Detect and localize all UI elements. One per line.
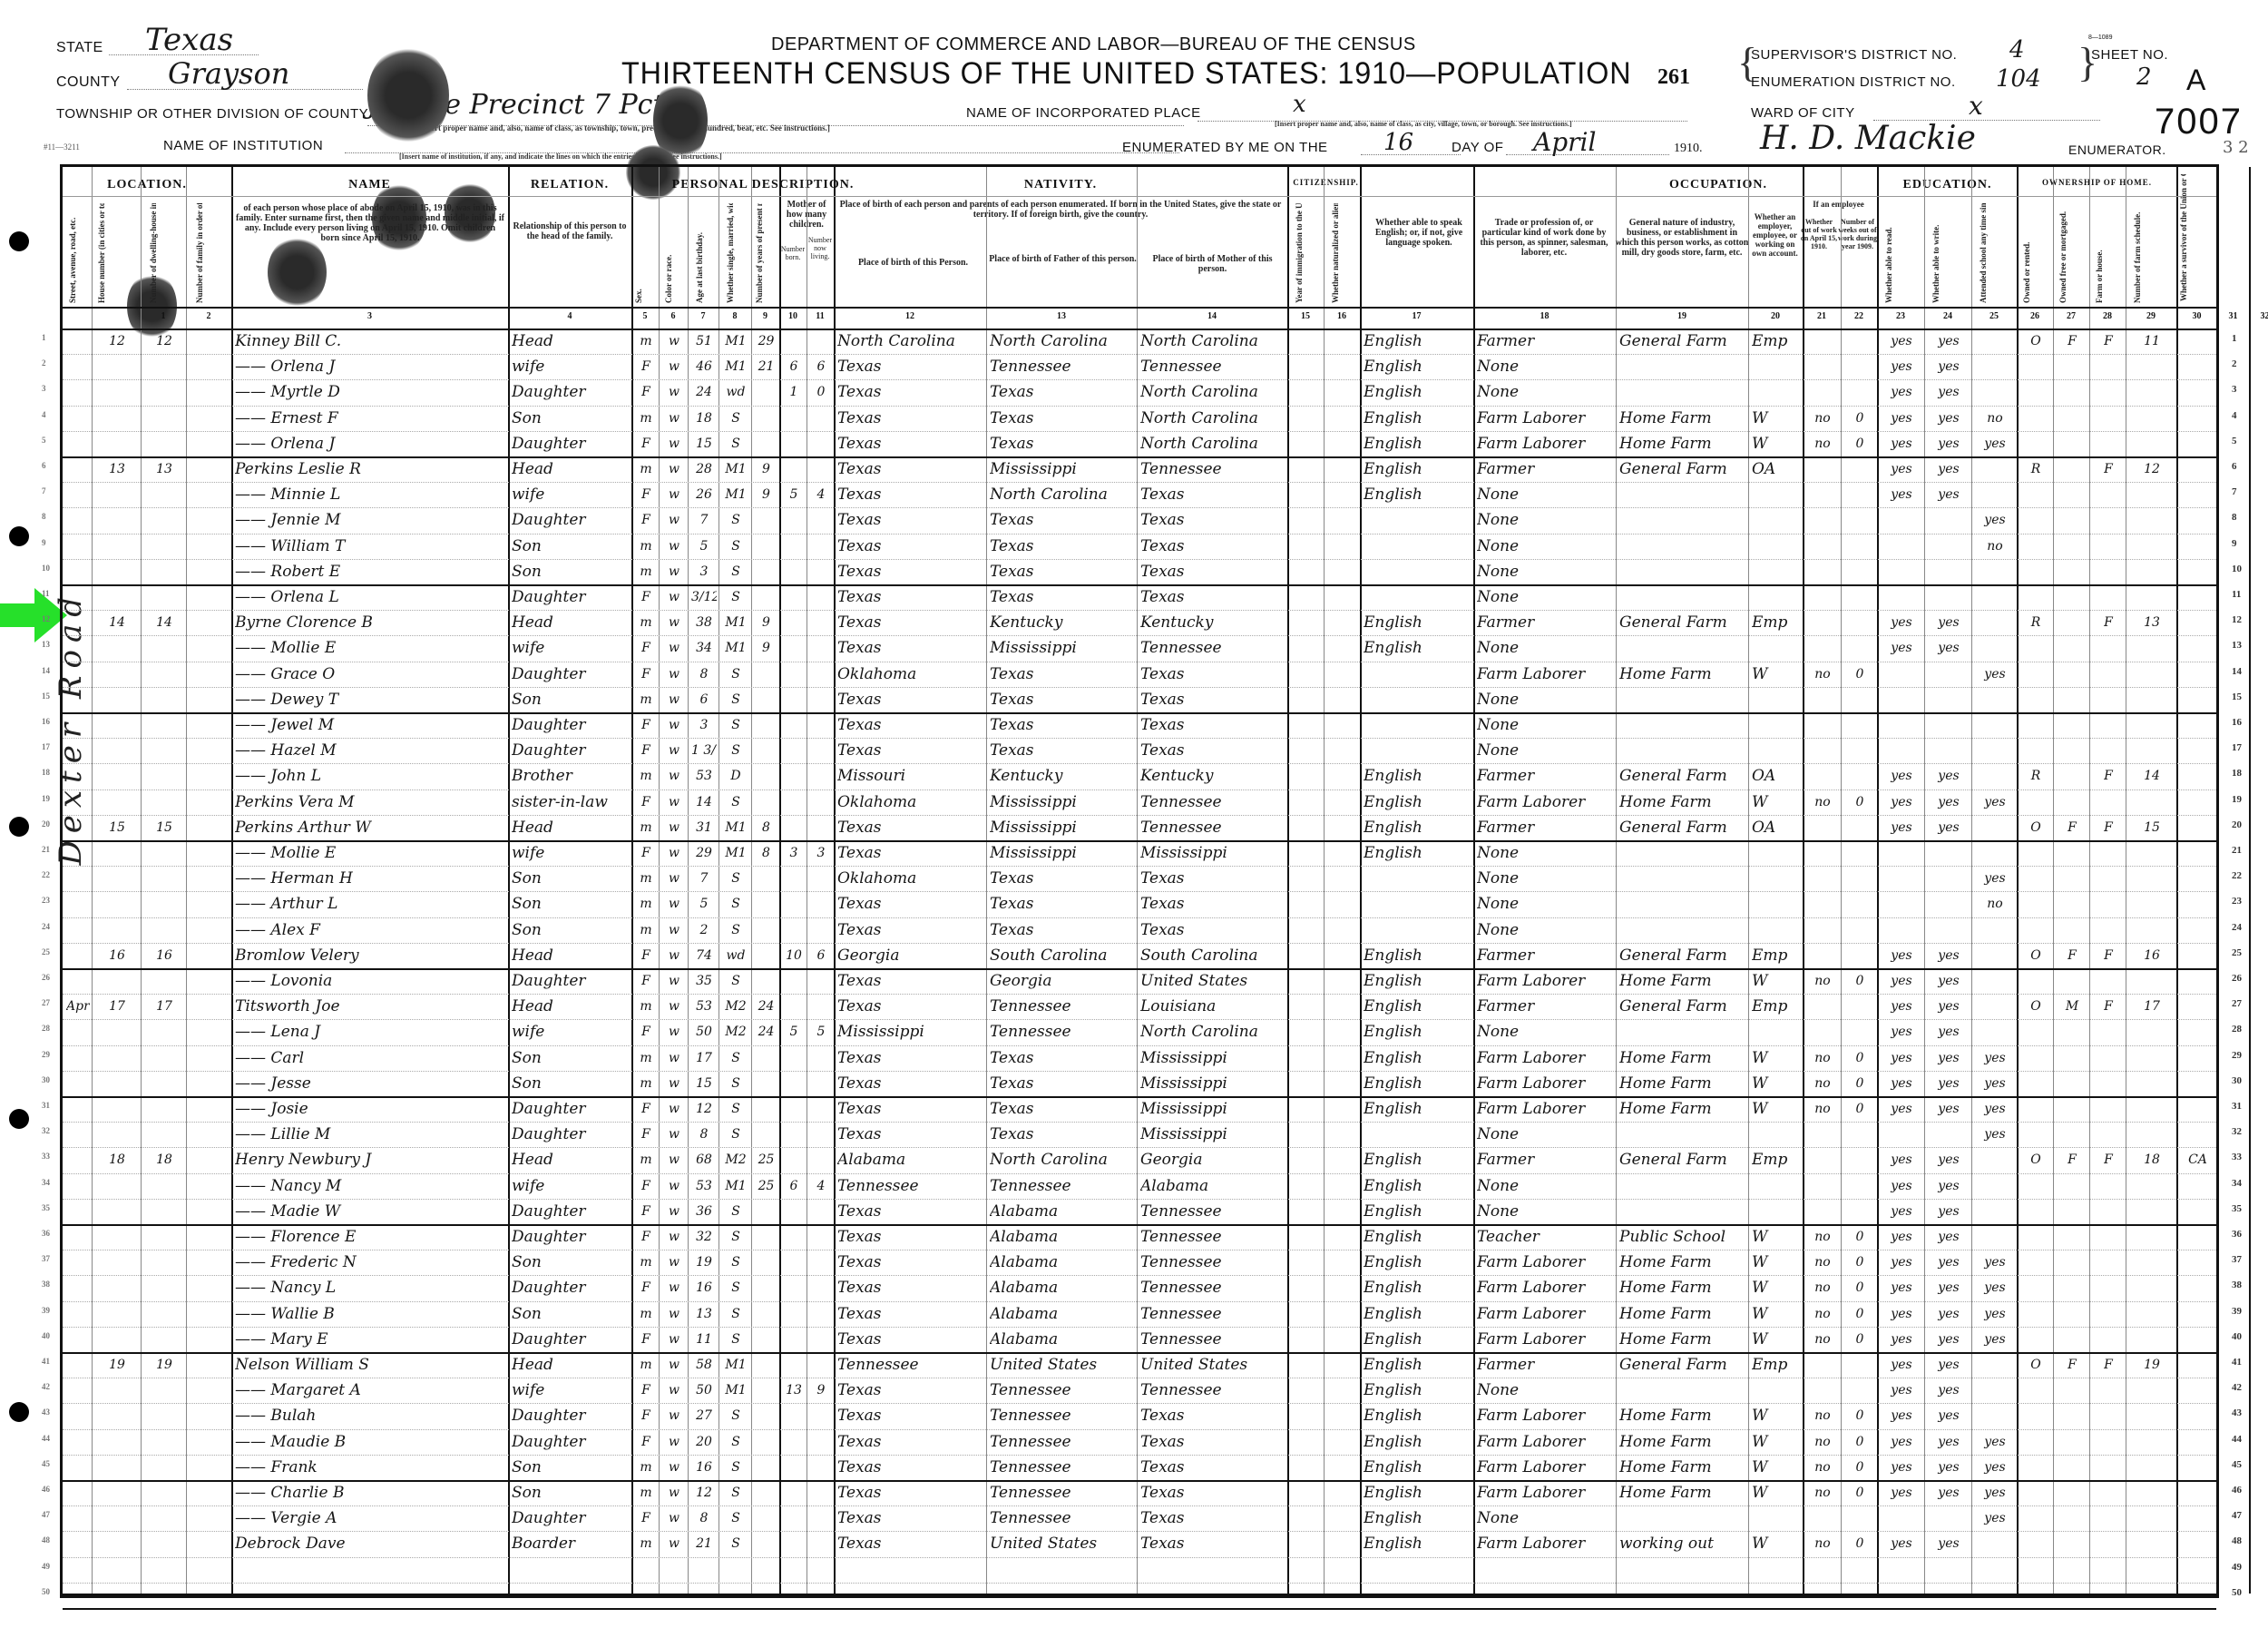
archive-stamp-sub: 3 2 xyxy=(2223,138,2249,157)
cell-street xyxy=(66,738,90,763)
cell-house: 12 xyxy=(95,329,139,354)
cell-years-married: 9 xyxy=(755,610,777,635)
cell-farm xyxy=(2093,1096,2124,1122)
cell-age: 74 xyxy=(691,943,717,968)
cell-natur xyxy=(1327,1045,1358,1071)
cell-read: yes xyxy=(1881,1403,1922,1428)
cell-sex: F xyxy=(635,379,657,405)
cell-race: w xyxy=(662,1480,686,1505)
cell-farm xyxy=(2093,1455,2124,1480)
cell-sex: F xyxy=(635,1122,657,1147)
cell-schedule xyxy=(2129,662,2175,687)
cell-relation: Son xyxy=(512,687,630,712)
cell-employ xyxy=(1752,712,1801,738)
cell-marital: S xyxy=(722,1045,749,1071)
cell-english xyxy=(1364,584,1471,610)
cell-dwelling xyxy=(144,584,184,610)
column-number: 23 xyxy=(1877,311,1924,321)
table-row: Perkins Vera Msister-in-lawFw14SOklahoma… xyxy=(63,789,2222,815)
cell-mother-birth: Tennessee xyxy=(1140,1224,1286,1250)
cell-natur xyxy=(1327,1327,1358,1352)
cell-school xyxy=(1975,1378,2015,1403)
cell-natur xyxy=(1327,1071,1358,1096)
cell-natur xyxy=(1327,662,1358,687)
vhead-sex: Sex. xyxy=(634,203,643,303)
cell-natur xyxy=(1327,1275,1358,1300)
cell-school: yes xyxy=(1975,1455,2015,1480)
cell-house xyxy=(95,1378,139,1403)
line-number: 30 xyxy=(42,1075,50,1084)
cell-mother-birth: Mississippi xyxy=(1140,1045,1286,1071)
table-row: —— Grace ODaughterFw8SOklahomaTexasTexas… xyxy=(63,662,2222,687)
cell-birth: Texas xyxy=(837,840,984,866)
cell-marital: M1 xyxy=(722,456,749,482)
cell-weeks-out: 0 xyxy=(1844,1250,1875,1275)
cell-relation: Daughter xyxy=(512,584,630,610)
cell-english xyxy=(1364,1557,1471,1583)
cell-farm xyxy=(2093,866,2124,891)
cell-weeks-out: 0 xyxy=(1844,1045,1875,1071)
line-number: 3 xyxy=(2232,384,2237,395)
cell-read xyxy=(1881,559,1922,584)
cell-weeks-out xyxy=(1844,815,1875,840)
cell-father-birth: Tennessee xyxy=(990,994,1135,1019)
cell-employ: W xyxy=(1752,968,1801,994)
cell-street xyxy=(66,354,90,379)
cell-father-birth: Georgia xyxy=(990,968,1135,994)
cell-birth: Texas xyxy=(837,1480,984,1505)
cell-race: w xyxy=(662,789,686,815)
cell-trade: None xyxy=(1477,534,1614,559)
cell-family xyxy=(190,406,230,431)
cell-write: yes xyxy=(1928,1429,1970,1455)
cell-weeks-out xyxy=(1844,1378,1875,1403)
cell-born xyxy=(783,789,805,815)
cell-born xyxy=(783,534,805,559)
cell-free xyxy=(2057,789,2087,815)
cell-dwelling xyxy=(144,968,184,994)
cell-age: 2 xyxy=(691,917,717,943)
cell-owned: O xyxy=(2020,815,2051,840)
cell-marital: S xyxy=(722,866,749,891)
cell-street xyxy=(66,1403,90,1428)
cell-family xyxy=(190,1378,230,1403)
cell-industry xyxy=(1619,1557,1746,1583)
cell-family xyxy=(190,1147,230,1172)
cell-age: 32 xyxy=(691,1224,717,1250)
table-row: —— Madie WDaughterFw36STexasAlabamaTenne… xyxy=(63,1199,2222,1224)
cell-free xyxy=(2057,1327,2087,1352)
cell-read: yes xyxy=(1881,1352,1922,1378)
cell-write xyxy=(1928,1557,1970,1583)
cell-family xyxy=(190,763,230,789)
subhead-c19: General nature of industry, business, or… xyxy=(1614,218,1750,258)
cell-living xyxy=(810,891,832,917)
table-row: —— LovoniaDaughterFw35STexasGeorgiaUnite… xyxy=(63,968,2222,994)
cell-street xyxy=(66,1199,90,1224)
cell-out-of-work xyxy=(1806,584,1839,610)
line-number: 15 xyxy=(42,691,50,701)
cell-years-married xyxy=(755,534,777,559)
cell-marital: S xyxy=(722,1301,749,1327)
cell-veteran xyxy=(2180,584,2215,610)
cell-out-of-work xyxy=(1806,1352,1839,1378)
line-number: 35 xyxy=(2232,1203,2242,1214)
cell-street xyxy=(66,1173,90,1199)
cell-industry xyxy=(1619,507,1746,533)
line-number: 37 xyxy=(42,1254,50,1263)
cell-owned xyxy=(2020,738,2051,763)
line-number: 17 xyxy=(42,742,50,751)
cell-age: 68 xyxy=(691,1147,717,1172)
cell-dwelling xyxy=(144,687,184,712)
cell-out-of-work: no xyxy=(1806,1224,1839,1250)
cell-marital: S xyxy=(722,1403,749,1428)
supervisor-district-value: 4 xyxy=(2009,36,2025,64)
subhead-nativity: Place of birth of each person and parent… xyxy=(838,200,1283,220)
cell-write xyxy=(1928,917,1970,943)
cell-relation: Daughter xyxy=(512,431,630,456)
cell-dwelling xyxy=(144,1122,184,1147)
cell-race: w xyxy=(662,1199,686,1224)
cell-living xyxy=(810,866,832,891)
cell-age: 53 xyxy=(691,994,717,1019)
cell-relation: Daughter xyxy=(512,1403,630,1428)
cell-schedule: 13 xyxy=(2129,610,2175,635)
cell-veteran xyxy=(2180,610,2215,635)
cell-read: yes xyxy=(1881,1480,1922,1505)
cell-dwelling: 14 xyxy=(144,610,184,635)
cell-marital: S xyxy=(722,1199,749,1224)
cell-employ: W xyxy=(1752,1531,1801,1556)
cell-born xyxy=(783,1352,805,1378)
cell-name: Nelson William S xyxy=(235,1352,506,1378)
cell-weeks-out xyxy=(1844,635,1875,661)
cell-english: English xyxy=(1364,406,1471,431)
cell-farm xyxy=(2093,917,2124,943)
cell-natur xyxy=(1327,1352,1358,1378)
cell-sex: F xyxy=(635,1275,657,1300)
cell-living xyxy=(810,994,832,1019)
cell-name: —— Florence E xyxy=(235,1224,506,1250)
cell-father-birth: Alabama xyxy=(990,1327,1135,1352)
cell-english xyxy=(1364,662,1471,687)
cell-industry: General Farm xyxy=(1619,329,1746,354)
cell-birth: Texas xyxy=(837,1071,984,1096)
cell-industry xyxy=(1619,1378,1746,1403)
cell-read: yes xyxy=(1881,763,1922,789)
cell-birth: Texas xyxy=(837,635,984,661)
subhead-c22: Number of weeks out of work during year … xyxy=(1838,218,1877,250)
cell-read xyxy=(1881,840,1922,866)
cell-out-of-work xyxy=(1806,354,1839,379)
cell-english xyxy=(1364,738,1471,763)
cell-marital: M1 xyxy=(722,815,749,840)
cell-trade: None xyxy=(1477,1019,1614,1044)
cell-dwelling xyxy=(144,406,184,431)
cell-owned xyxy=(2020,917,2051,943)
cell-marital: S xyxy=(722,1224,749,1250)
cell-years-married xyxy=(755,687,777,712)
table-row: —— Maudie BDaughterFw20STexasTennesseeTe… xyxy=(63,1429,2222,1455)
cell-free xyxy=(2057,507,2087,533)
cell-free xyxy=(2057,1275,2087,1300)
cell-name: —— Frank xyxy=(235,1455,506,1480)
cell-write xyxy=(1928,559,1970,584)
cell-school xyxy=(1975,763,2015,789)
cell-living xyxy=(810,1224,832,1250)
cell-schedule: 12 xyxy=(2129,456,2175,482)
cell-employ: W xyxy=(1752,662,1801,687)
cell-veteran xyxy=(2180,1429,2215,1455)
cell-industry xyxy=(1619,354,1746,379)
cell-age: 36 xyxy=(691,1199,717,1224)
cell-trade: None xyxy=(1477,738,1614,763)
cell-write xyxy=(1928,738,1970,763)
cell-living xyxy=(810,1301,832,1327)
cell-read: yes xyxy=(1881,943,1922,968)
cell-relation: Head xyxy=(512,1352,630,1378)
cell-mother-birth: Texas xyxy=(1140,891,1286,917)
cell-street: Apr 18 xyxy=(66,994,90,1019)
cell-born: 6 xyxy=(783,1173,805,1199)
cell-weeks-out: 0 xyxy=(1844,406,1875,431)
cell-free xyxy=(2057,354,2087,379)
cell-industry xyxy=(1619,738,1746,763)
cell-owned xyxy=(2020,354,2051,379)
cell-industry: Home Farm xyxy=(1619,1403,1746,1428)
cell-english: English xyxy=(1364,1505,1471,1531)
table-row: —— Wallie BSonmw13STexasAlabamaTennessee… xyxy=(63,1301,2222,1327)
cell-relation: Head xyxy=(512,943,630,968)
cell-years-married xyxy=(755,1301,777,1327)
cell-write: yes xyxy=(1928,994,1970,1019)
cell-marital: M1 xyxy=(722,329,749,354)
cell-years-married xyxy=(755,1122,777,1147)
line-number: 25 xyxy=(2232,947,2242,958)
cell-write: yes xyxy=(1928,943,1970,968)
section-citizenship: CITIZENSHIP. xyxy=(1287,178,1364,187)
cell-immig xyxy=(1291,354,1322,379)
cell-mother-birth: Tennessee xyxy=(1140,354,1286,379)
table-row: —— Nancy LDaughterFw16STexasAlabamaTenne… xyxy=(63,1275,2222,1300)
cell-farm xyxy=(2093,1557,2124,1583)
column-number: 15 xyxy=(1287,311,1324,321)
cell-write xyxy=(1928,866,1970,891)
enumerated-label: ENUMERATED BY ME ON THE xyxy=(1122,140,1328,155)
cell-immig xyxy=(1291,866,1322,891)
cell-birth: Texas xyxy=(837,815,984,840)
cell-write: yes xyxy=(1928,1071,1970,1096)
cell-marital: S xyxy=(722,662,749,687)
cell-school xyxy=(1975,354,2015,379)
cell-read: yes xyxy=(1881,1531,1922,1556)
cell-father-birth: North Carolina xyxy=(990,482,1135,507)
cell-street xyxy=(66,584,90,610)
cell-mother-birth: Mississippi xyxy=(1140,1122,1286,1147)
cell-marital: S xyxy=(722,1327,749,1352)
cell-mother-birth: Texas xyxy=(1140,1505,1286,1531)
cell-owned: O xyxy=(2020,1147,2051,1172)
cell-free: F xyxy=(2057,815,2087,840)
vhead-free-mortgaged: Owned free or mortgaged. xyxy=(2058,203,2068,303)
cell-farm xyxy=(2093,534,2124,559)
cell-family xyxy=(190,1352,230,1378)
cell-age: 21 xyxy=(691,1531,717,1556)
cell-race: w xyxy=(662,1505,686,1531)
cell-birth: Texas xyxy=(837,1455,984,1480)
cell-schedule xyxy=(2129,1045,2175,1071)
cell-family xyxy=(190,968,230,994)
cell-read xyxy=(1881,534,1922,559)
cell-sex: F xyxy=(635,789,657,815)
cell-born xyxy=(783,738,805,763)
cell-marital: S xyxy=(722,507,749,533)
cell-sex: m xyxy=(635,1480,657,1505)
cell-years-married xyxy=(755,968,777,994)
cell-age: 50 xyxy=(691,1378,717,1403)
cell-write: yes xyxy=(1928,1250,1970,1275)
binder-hole xyxy=(9,526,29,546)
column-number: 5 xyxy=(631,311,659,321)
cell-weeks-out: 0 xyxy=(1844,968,1875,994)
cell-born xyxy=(783,687,805,712)
cell-english xyxy=(1364,1122,1471,1147)
cell-schedule xyxy=(2129,789,2175,815)
cell-natur xyxy=(1327,1378,1358,1403)
cell-schedule xyxy=(2129,968,2175,994)
cell-owned xyxy=(2020,1275,2051,1300)
cell-veteran xyxy=(2180,917,2215,943)
cell-name: —— John L xyxy=(235,763,506,789)
cell-mother-birth: Texas xyxy=(1140,584,1286,610)
cell-free xyxy=(2057,1199,2087,1224)
cell-schedule xyxy=(2129,1096,2175,1122)
table-row: 1818Henry Newbury JHeadmw68M225AlabamaNo… xyxy=(63,1147,2222,1172)
cell-read: yes xyxy=(1881,406,1922,431)
column-number: 17 xyxy=(1360,311,1473,321)
cell-dwelling xyxy=(144,1505,184,1531)
cell-industry xyxy=(1619,1505,1746,1531)
cell-out-of-work xyxy=(1806,610,1839,635)
cell-natur xyxy=(1327,1147,1358,1172)
line-number: 43 xyxy=(2232,1407,2242,1418)
line-number: 13 xyxy=(42,640,50,649)
cell-marital: M1 xyxy=(722,635,749,661)
cell-natur xyxy=(1327,534,1358,559)
cell-schedule xyxy=(2129,891,2175,917)
line-number: 27 xyxy=(2232,998,2242,1009)
cell-name: —— Charlie B xyxy=(235,1480,506,1505)
cell-years-married xyxy=(755,662,777,687)
cell-age: 38 xyxy=(691,610,717,635)
cell-name: —— Jesse xyxy=(235,1071,506,1096)
cell-sex: m xyxy=(635,1250,657,1275)
cell-immig xyxy=(1291,1045,1322,1071)
cell-write: yes xyxy=(1928,1019,1970,1044)
cell-industry xyxy=(1619,687,1746,712)
cell-birth: Mississippi xyxy=(837,1019,984,1044)
cell-read: yes xyxy=(1881,431,1922,456)
cell-veteran xyxy=(2180,431,2215,456)
cell-veteran xyxy=(2180,534,2215,559)
cell-farm: F xyxy=(2093,943,2124,968)
cell-weeks-out xyxy=(1844,1352,1875,1378)
cell-weeks-out: 0 xyxy=(1844,1096,1875,1122)
cell-natur xyxy=(1327,1531,1358,1556)
cell-father-birth: Texas xyxy=(990,431,1135,456)
cell-name: —— Alex F xyxy=(235,917,506,943)
cell-trade: Farm Laborer xyxy=(1477,1531,1614,1556)
cell-sex: m xyxy=(635,866,657,891)
line-number: 38 xyxy=(2232,1280,2242,1290)
line-number: 40 xyxy=(2232,1331,2242,1342)
cell-out-of-work: no xyxy=(1806,1403,1839,1428)
cell-age: 16 xyxy=(691,1455,717,1480)
cell-weeks-out xyxy=(1844,1173,1875,1199)
cell-veteran xyxy=(2180,1531,2215,1556)
cell-out-of-work xyxy=(1806,866,1839,891)
cell-veteran xyxy=(2180,968,2215,994)
cell-immig xyxy=(1291,406,1322,431)
cell-relation: Son xyxy=(512,559,630,584)
cell-dwelling xyxy=(144,1045,184,1071)
cell-english xyxy=(1364,917,1471,943)
cell-race: w xyxy=(662,1250,686,1275)
column-number: 29 xyxy=(2126,311,2176,321)
cell-house xyxy=(95,1275,139,1300)
cell-born xyxy=(783,329,805,354)
cell-english xyxy=(1364,534,1471,559)
cell-natur xyxy=(1327,431,1358,456)
cell-mother-birth: Texas xyxy=(1140,738,1286,763)
cell-natur xyxy=(1327,1250,1358,1275)
cell-trade: Farmer xyxy=(1477,763,1614,789)
line-number: 30 xyxy=(2232,1075,2242,1086)
cell-english: English xyxy=(1364,943,1471,968)
cell-sex: m xyxy=(635,559,657,584)
cell-race: w xyxy=(662,1429,686,1455)
cell-school: yes xyxy=(1975,662,2015,687)
cell-out-of-work: no xyxy=(1806,662,1839,687)
cell-english xyxy=(1364,559,1471,584)
line-number: 34 xyxy=(42,1178,50,1187)
cell-mother-birth: United States xyxy=(1140,1352,1286,1378)
cell-street xyxy=(66,1455,90,1480)
cell-school xyxy=(1975,1173,2015,1199)
table-row: —— Dewey TSonmw6STexasTexasTexasNone xyxy=(63,687,2222,712)
cell-write: yes xyxy=(1928,789,1970,815)
cell-name: Titsworth Joe xyxy=(235,994,506,1019)
cell-owned: O xyxy=(2020,1352,2051,1378)
cell-owned xyxy=(2020,891,2051,917)
cell-read: yes xyxy=(1881,1327,1922,1352)
cell-school xyxy=(1975,1147,2015,1172)
cell-out-of-work xyxy=(1806,1505,1839,1531)
cell-school: yes xyxy=(1975,1327,2015,1352)
cell-veteran xyxy=(2180,815,2215,840)
census-title: THIRTEENTH CENSUS OF THE UNITED STATES: … xyxy=(621,56,1632,92)
cell-industry: Home Farm xyxy=(1619,1327,1746,1352)
cell-father-birth: Tennessee xyxy=(990,1429,1135,1455)
cell-house xyxy=(95,482,139,507)
cell-write: yes xyxy=(1928,431,1970,456)
cell-write: yes xyxy=(1928,456,1970,482)
cell-dwelling xyxy=(144,1199,184,1224)
cell-employ: W xyxy=(1752,406,1801,431)
line-number: 4 xyxy=(2232,410,2237,421)
cell-weeks-out: 0 xyxy=(1844,1429,1875,1455)
